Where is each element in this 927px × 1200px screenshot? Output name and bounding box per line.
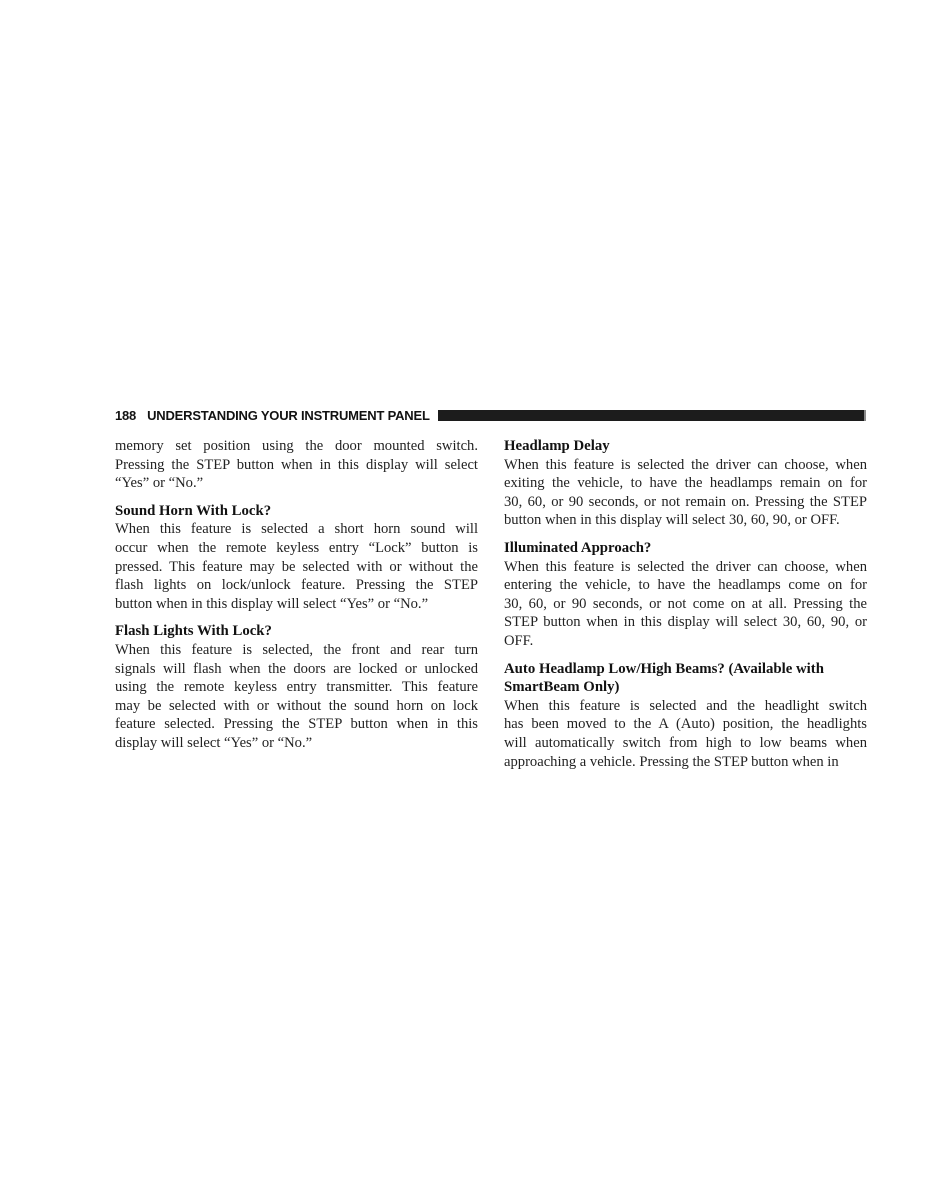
header-title: UNDERSTANDING YOUR INSTRUMENT PANEL bbox=[147, 408, 430, 423]
paragraph: memory set position using the door mount… bbox=[115, 437, 478, 493]
text-line: display will select “Yes” or “No.” bbox=[115, 734, 478, 753]
text-line: 30, 60, or 90 seconds, or not come on at… bbox=[504, 595, 867, 614]
text-line: When this feature is selected, the front… bbox=[115, 641, 478, 660]
text-line: feature selected. Pressing the STEP butt… bbox=[115, 715, 478, 734]
paragraph: When this feature is selected the driver… bbox=[504, 456, 867, 530]
page-header: 188 UNDERSTANDING YOUR INSTRUMENT PANEL bbox=[115, 408, 866, 423]
text-line: pressed. This feature may be selected wi… bbox=[115, 558, 478, 577]
text-line: Sound Horn With Lock? bbox=[115, 502, 478, 521]
section-heading: Flash Lights With Lock? bbox=[115, 622, 478, 641]
paragraph: When this feature is selected a short ho… bbox=[115, 520, 478, 613]
text-line: When this feature is selected and the he… bbox=[504, 697, 867, 716]
text-line: will automatically switch from high to l… bbox=[504, 734, 867, 753]
text-line: When this feature is selected the driver… bbox=[504, 456, 867, 475]
section-heading: Illuminated Approach? bbox=[504, 539, 867, 558]
page-number: 188 bbox=[115, 408, 136, 423]
text-line: Pressing the STEP button when in this di… bbox=[115, 456, 478, 475]
manual-page: 188 UNDERSTANDING YOUR INSTRUMENT PANEL … bbox=[0, 0, 927, 1200]
left-column: memory set position using the door mount… bbox=[115, 437, 478, 771]
text-line: has been moved to the A (Auto) position,… bbox=[504, 715, 867, 734]
section-heading: Headlamp Delay bbox=[504, 437, 867, 456]
text-line: STEP button when in this display will se… bbox=[504, 613, 867, 632]
text-line: entering the vehicle, to have the headla… bbox=[504, 576, 867, 595]
text-line: Flash Lights With Lock? bbox=[115, 622, 478, 641]
text-line: OFF. bbox=[504, 632, 867, 651]
paragraph: When this feature is selected the driver… bbox=[504, 558, 867, 651]
text-line: may be selected with or without the soun… bbox=[115, 697, 478, 716]
text-line: “Yes” or “No.” bbox=[115, 474, 478, 493]
text-line: button when in this display will select … bbox=[504, 511, 867, 530]
text-line: flash lights on lock/unlock feature. Pre… bbox=[115, 576, 478, 595]
text-line: When this feature is selected the driver… bbox=[504, 558, 867, 577]
text-line: exiting the vehicle, to have the headlam… bbox=[504, 474, 867, 493]
text-line: signals will flash when the doors are lo… bbox=[115, 660, 478, 679]
paragraph: When this feature is selected, the front… bbox=[115, 641, 478, 753]
text-line: occur when the remote keyless entry “Loc… bbox=[115, 539, 478, 558]
section-heading: Sound Horn With Lock? bbox=[115, 502, 478, 521]
text-line: Headlamp Delay bbox=[504, 437, 867, 456]
paragraph: When this feature is selected and the he… bbox=[504, 697, 867, 771]
text-line: approaching a vehicle. Pressing the STEP… bbox=[504, 753, 867, 772]
right-column: Headlamp DelayWhen this feature is selec… bbox=[504, 437, 867, 771]
section-heading: Auto Headlamp Low/High Beams? (Available… bbox=[504, 660, 867, 697]
text-line: SmartBeam Only) bbox=[504, 678, 867, 697]
header-rule-bar bbox=[438, 410, 866, 421]
two-column-layout: memory set position using the door mount… bbox=[115, 437, 867, 771]
text-line: using the remote keyless entry transmitt… bbox=[115, 678, 478, 697]
text-line: Auto Headlamp Low/High Beams? (Available… bbox=[504, 660, 867, 679]
text-line: memory set position using the door mount… bbox=[115, 437, 478, 456]
text-line: 30, 60, or 90 seconds, or not remain on.… bbox=[504, 493, 867, 512]
text-line: Illuminated Approach? bbox=[504, 539, 867, 558]
text-line: button when in this display will select … bbox=[115, 595, 478, 614]
text-line: When this feature is selected a short ho… bbox=[115, 520, 478, 539]
